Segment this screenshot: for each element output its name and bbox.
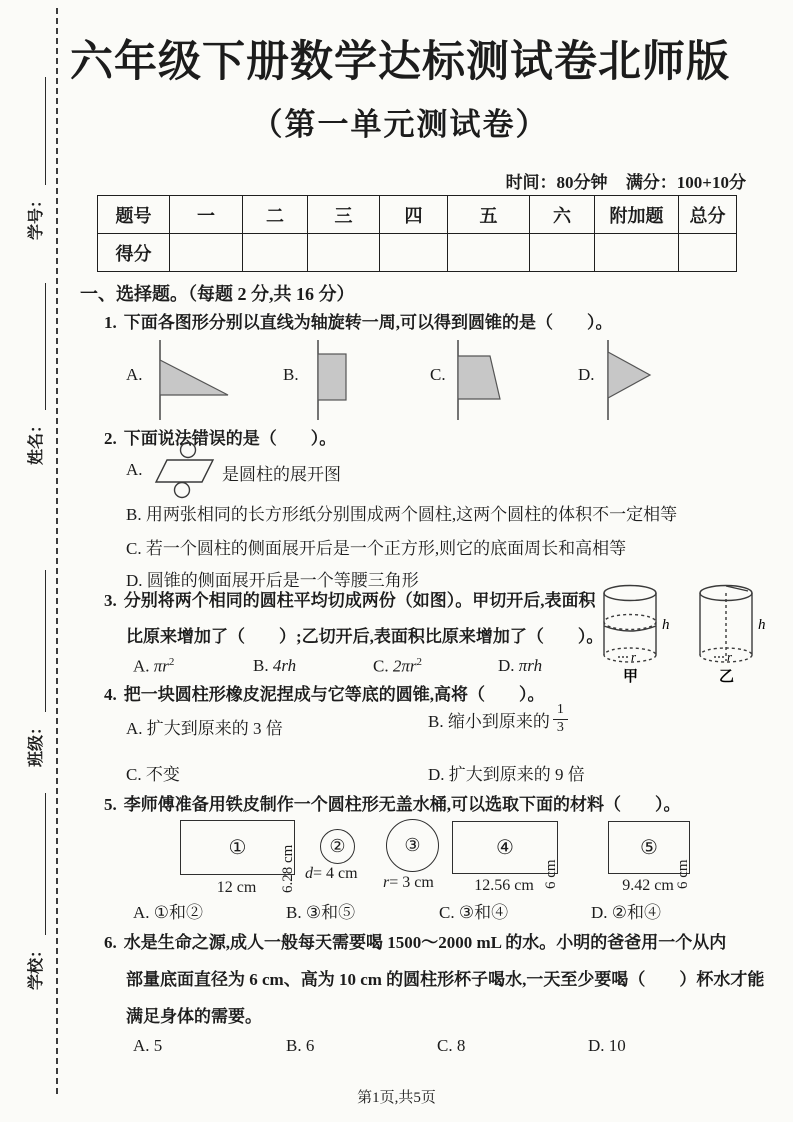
q1-shape-d-triangle-right [588,338,683,422]
q4-fraction-numerator: 1 [557,702,564,719]
score-header-total: 总分 [679,196,737,234]
q3-option-a-math: πr [154,657,169,676]
q5-material-4-width-label: 12.56 cm [452,877,556,895]
exam-time: 时间：80分钟 [506,173,608,192]
q5-material-2-circle: ② [320,829,355,864]
q1-option-b-label: B. [283,365,299,385]
q2-option-a-label: A. [126,460,143,480]
score-header-extra: 附加题 [595,196,679,234]
q3-h-label-left: h [662,617,670,633]
q3-option-c-math: 2πr [393,657,417,676]
q4-fraction-denominator: 3 [553,719,568,737]
q4-option-b-fraction: 1 3 [553,702,568,737]
q5-material-5-width-label: 9.42 cm [596,877,700,895]
page-number: 第1页,共5页 [0,1086,793,1107]
score-table-header-row: 题号 一 二 三 四 五 六 附加题 总分 [98,196,737,234]
paper-title: 六年级下册数学达标测试卷北师版 [50,28,750,89]
q5-option-c: C. ③和④ [439,898,508,923]
q3-h-label-right: h [758,617,766,633]
q4-number: 4. [104,685,117,704]
q3-text-line1: 分别将两个相同的圆柱平均切成两份（如图）。甲切开后,表面积 [124,591,596,610]
q6-number: 6. [104,933,117,952]
q6-text-line1: 水是生命之源,成人一般每天需要喝 1500～2000 mL 的水。小明的爸爸用一… [124,933,727,952]
q2-option-a-text: 是圆柱的展开图 [222,460,341,485]
q5-material-3-circle: ③ [386,819,439,872]
score-cell-empty [170,234,243,272]
score-header-4: 四 [380,196,448,234]
q5-option-a: A. ①和② [133,898,203,923]
school-field: 学校： [20,793,46,990]
student-id-blank-line [26,77,46,185]
q4-option-b-prefix: B. 缩小到原来的 [428,707,550,732]
q3-option-c-sup: 2 [416,656,422,668]
student-name-field: 姓名： [20,283,46,465]
q2-option-b: B. 用两张相同的长方形纸分别围成两个圆柱,这两个圆柱的体积不一定相等 [126,500,677,525]
q3-option-d: D. πrh [498,656,542,676]
score-table-score-row: 得分 [98,234,737,272]
q1-shape-b-rectangle [298,338,393,422]
score-header-3: 三 [308,196,380,234]
q5-material-3-radius-label: r= 3 cm [383,874,434,892]
score-table: 题号 一 二 三 四 五 六 附加题 总分 得分 [97,195,737,272]
q3-option-b: B. 4rh [253,656,296,676]
q3-option-b-label: B. [253,656,269,675]
q4-option-d: D. 扩大到原来的 9 倍 [428,760,585,785]
q6-stem-line3: 满足身体的需要。 [126,1002,262,1027]
q6-stem-line1: 6.水是生命之源,成人一般每天需要喝 1500～2000 mL 的水。小明的爸爸… [104,928,726,953]
section1-heading: 一、选择题。（每题 2 分,共 16 分） [80,280,355,306]
score-cell-empty [530,234,595,272]
score-cell-empty [595,234,679,272]
q3-jia-label: 甲 [623,668,638,685]
q6-option-a: A. 5 [133,1036,162,1056]
q5-material-5-id: ⑤ [640,835,658,860]
q1-shape-a-right-triangle [140,338,235,422]
q2-option-c: C. 若一个圆柱的侧面展开后是一个正方形,则它的底面周长和高相等 [126,534,626,559]
school-blank-line [26,793,46,935]
q5-material-1-rect: ① [180,820,295,875]
score-header-5: 五 [448,196,530,234]
q3-option-c: C. 2πr2 [373,656,422,677]
seal-dashed-line [56,8,58,1094]
exam-full-score: 满分：100+10分 [626,173,746,192]
q5-text: 李师傅准备用铁皮制作一个圆柱形无盖水桶,可以选取下面的材料（ ）。 [124,795,681,814]
q2-number: 2. [104,429,117,448]
q4-option-b: B. 缩小到原来的 1 3 [428,702,568,737]
score-row-label: 得分 [98,234,170,272]
exam-paper-page: 学号： 姓名： 班级： 学校： 六年级下册数学达标测试卷北师版 （第一单元测试卷… [0,0,793,1122]
class-label: 班级： [23,719,46,767]
q3-r-label-left: r [631,649,637,664]
student-name-blank-line [26,283,46,410]
score-cell-empty [243,234,308,272]
q3-option-a: A. πr2 [133,656,174,677]
q3-option-b-math: 4rh [273,656,296,675]
q5-material-4-id: ④ [496,835,514,860]
q5-option-d: D. ②和④ [591,898,661,923]
q5-material-2-id: ② [329,836,345,857]
score-header-tihao: 题号 [98,196,170,234]
student-id-label: 学号： [23,192,46,240]
score-header-1: 一 [170,196,243,234]
q1-text: 下面各图形分别以直线为轴旋转一周,可以得到圆锥的是（ ）。 [124,313,613,332]
class-field: 班级： [20,570,46,767]
q3-option-c-label: C. [373,657,389,676]
class-blank-line [26,570,46,712]
exam-meta: 时间：80分钟 满分：100+10分 [60,168,746,193]
paper-subtitle: （第一单元测试卷） [50,99,750,144]
q5-option-b: B. ③和⑤ [286,898,355,923]
q5-material-3-id: ③ [404,835,420,856]
q3-option-a-sup: 2 [169,656,175,668]
q3-cylinders-figure: r h 甲 r h 乙 [596,582,793,684]
q3-option-d-math: πrh [519,656,542,675]
q5-material-3-value: = 3 cm [389,874,434,891]
q6-stem-line2: 部量底面直径为 6 cm、高为 10 cm 的圆柱形杯子喝水,一天至少要喝（ ）… [126,965,764,990]
q4-option-a: A. 扩大到原来的 3 倍 [126,714,283,739]
q2-stem: 2.下面说法错误的是（ ）。 [104,424,336,449]
q6-text-line3: 满足身体的需要。 [126,1007,262,1026]
score-header-2: 二 [243,196,308,234]
q6-option-b: B. 6 [286,1036,314,1056]
q6-text-line2: 部量底面直径为 6 cm、高为 10 cm 的圆柱形杯子喝水,一天至少要喝（ ）… [126,970,764,989]
q3-r-label-right: r [727,649,733,664]
q3-stem-line1: 3.分别将两个相同的圆柱平均切成两份（如图）。甲切开后,表面积 [104,586,596,611]
student-name-label: 姓名： [23,417,46,465]
q1-stem: 1.下面各图形分别以直线为轴旋转一周,可以得到圆锥的是（ ）。 [104,308,613,333]
q2-cylinder-net-figure [152,441,216,499]
q5-material-2-value: = 4 cm [313,865,358,882]
school-label: 学校： [23,942,46,990]
score-cell-empty [679,234,737,272]
q3-yi-label: 乙 [719,668,734,685]
q3-stem-line2: 比原来增加了（ ）;乙切开后,表面积比原来增加了（ ）。 [126,622,603,647]
q1-shape-c-trapezoid [438,338,533,422]
q1-number: 1. [104,313,117,332]
q4-option-c: C. 不变 [126,760,180,785]
q5-material-2-var: d [305,865,313,882]
score-header-6: 六 [530,196,595,234]
student-id-field: 学号： [20,77,46,240]
q3-number: 3. [104,591,117,610]
q5-material-1-id: ① [229,835,247,860]
q5-stem: 5.李师傅准备用铁皮制作一个圆柱形无盖水桶,可以选取下面的材料（ ）。 [104,790,681,815]
q5-material-2-diameter-label: d= 4 cm [305,865,358,883]
q3-option-a-label: A. [133,657,150,676]
q3-text-line2: 比原来增加了（ ）;乙切开后,表面积比原来增加了（ ）。 [126,627,603,646]
score-cell-empty [448,234,530,272]
q6-option-d: D. 10 [588,1036,626,1056]
q5-material-1-width-label: 12 cm [180,879,293,897]
score-cell-empty [308,234,380,272]
score-cell-empty [380,234,448,272]
q5-number: 5. [104,795,117,814]
q6-option-c: C. 8 [437,1036,465,1056]
q3-option-d-label: D. [498,656,515,675]
